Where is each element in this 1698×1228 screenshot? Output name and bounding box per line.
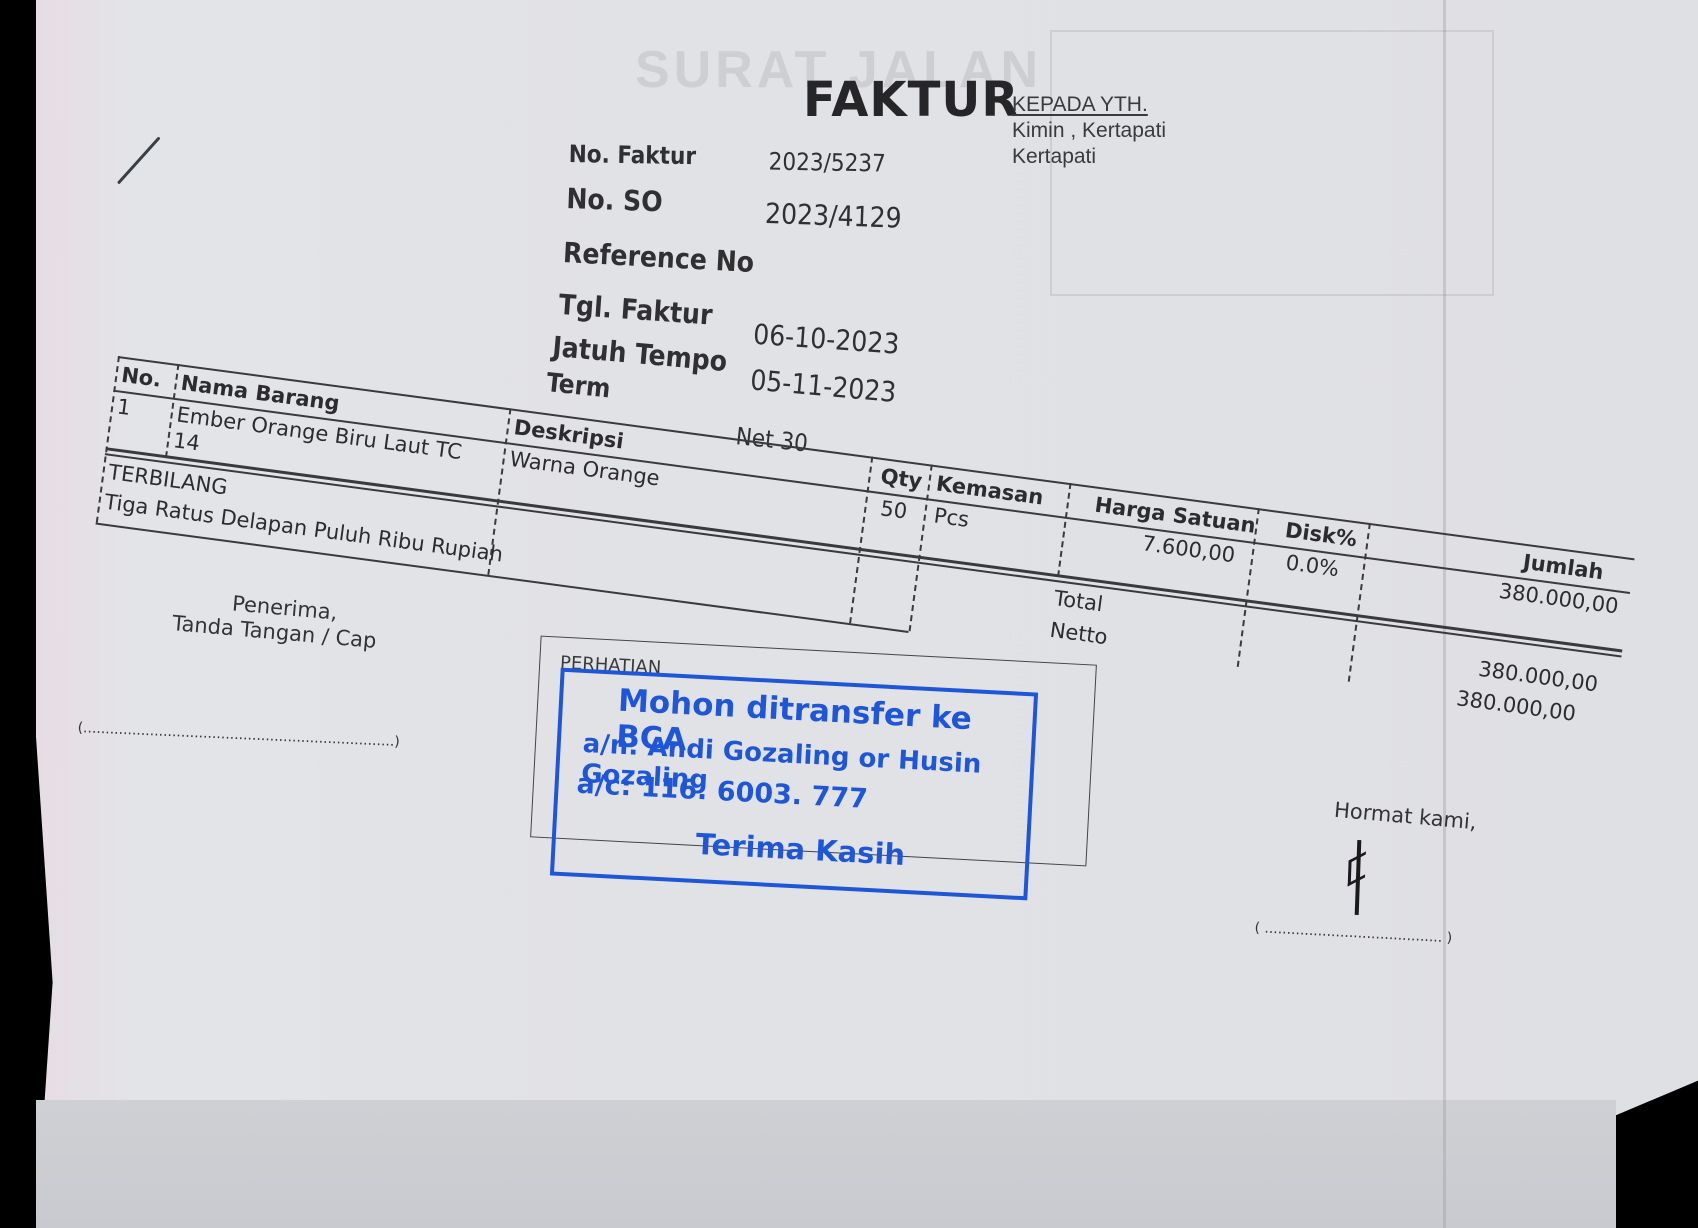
recipient-city: Kertapati <box>1012 144 1166 170</box>
field-label: No. SO <box>566 182 663 218</box>
paper-fold-shadow <box>36 1100 1616 1228</box>
recipient-block: KEPADA YTH. Kimin , Kertapati Kertapati <box>1012 92 1166 170</box>
field-value: 2023/5237 <box>768 147 886 177</box>
row-jumlah: 380.000,00 <box>1498 579 1620 619</box>
row-nama-barang-line2: 14 <box>172 428 202 455</box>
document-title: FAKTUR <box>803 72 1019 128</box>
col-header-qty: Qty <box>879 464 923 493</box>
terbilang-text: Tiga Ratus Delapan Puluh Ribu Rupiah <box>103 490 504 567</box>
row-no: 1 <box>116 394 132 420</box>
col-sep <box>849 457 873 624</box>
stamp-line-thanks: Terima Kasih <box>695 827 906 872</box>
row-kemasan: Pcs <box>933 503 971 531</box>
col-header-no: No. <box>120 363 163 392</box>
netto-value: 380.000,00 <box>1455 686 1577 726</box>
row-qty: 50 <box>879 496 909 523</box>
row-harga-satuan: 7.600,00 <box>1141 531 1237 567</box>
payment-stamp: Mohon ditransfer ke BCA a/n: Andi Gozali… <box>550 668 1038 901</box>
field-value: 2023/4129 <box>764 197 902 235</box>
netto-label: Netto <box>1048 618 1109 649</box>
col-sep <box>1057 483 1071 576</box>
row-disk: 0.0% <box>1284 550 1340 581</box>
recipient-label: KEPADA YTH. <box>1012 92 1166 118</box>
total-label: Total <box>1053 586 1105 616</box>
field-label: No. Faktur <box>569 140 697 170</box>
recipient-name: Kimin , Kertapati <box>1012 118 1166 144</box>
